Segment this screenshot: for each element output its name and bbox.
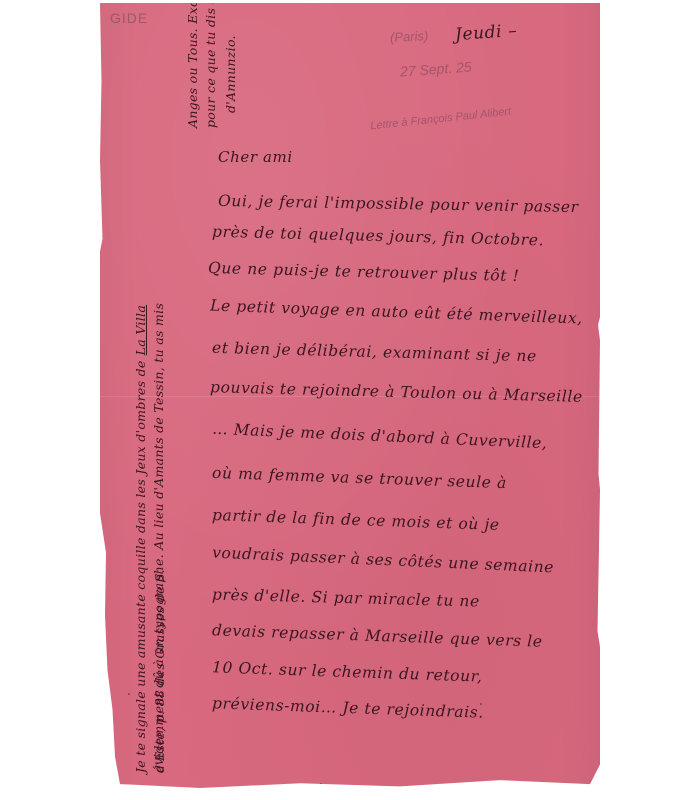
- place-annotation: (Paris): [390, 28, 429, 45]
- margin-note-underlined-title: La Villa: [133, 305, 148, 355]
- margin-note-outer-2: évidemment dû à un typographe. Au lieu d…: [148, 303, 167, 773]
- archive-label: GIDE: [110, 10, 148, 26]
- letter-day: Jeudi –: [454, 21, 517, 45]
- paper-speck: [480, 703, 482, 705]
- body-line: pouvais te rejoindre à Toulon ou à Marse…: [210, 378, 583, 406]
- date-annotation: 27 Sept. 25: [400, 59, 473, 80]
- body-line: Le petit voyage en auto eût été merveill…: [210, 296, 583, 327]
- margin-note-inner-1: Anges ou Tous. Excellent: [182, 0, 201, 128]
- margin-note-text: Anges ou Tous. Excellent: [185, 0, 200, 128]
- margin-note-text: évidemment dû à un typographe. Au lieu d…: [151, 303, 166, 773]
- paper-speck: [320, 783, 322, 785]
- body-line: près d'elle. Si par miracle tu ne: [212, 585, 480, 610]
- margin-note-text: Je te signale une amusante coquille dans…: [133, 360, 148, 773]
- margin-note-text: d'Annunzio.: [223, 35, 238, 113]
- body-line: Que ne puis-je te retrouver plus tôt !: [208, 259, 520, 285]
- body-line: où ma femme va se trouver seule à: [212, 464, 507, 492]
- recipient-annotation: Lettre à François Paul Alibert: [370, 106, 512, 133]
- paper-speck: [128, 693, 130, 695]
- body-line: Oui, je ferai l'impossible pour venir pa…: [218, 192, 579, 216]
- body-line: et bien je délibérai, examinant si je ne: [212, 339, 537, 365]
- body-line: voudrais passer à ses côtés une semaine: [212, 544, 555, 577]
- body-line: devais repasser à Marseille que vers le: [212, 621, 543, 651]
- body-line: … Mais je me dois d'abord à Cuverville,: [212, 420, 548, 453]
- margin-note-inner-3: d'Annunzio.: [220, 35, 239, 113]
- body-line: près de toi quelques jours, fin Octobre.: [212, 223, 545, 250]
- letter-paper: GIDE (Paris) Jeudi – 27 Sept. 25 Lettre …: [100, 3, 600, 788]
- body-line: partir de la fin de ce mois et où je: [212, 506, 500, 534]
- body-line: 10 Oct. sur le chemin du retour,: [212, 658, 483, 685]
- margin-note-text: pour ce que tu dis de: [203, 0, 218, 128]
- margin-note-inner-2: pour ce que tu dis de: [200, 0, 219, 128]
- body-line: préviens-moi… Je te rejoindrais.: [212, 694, 484, 721]
- salutation: Cher ami: [218, 148, 293, 166]
